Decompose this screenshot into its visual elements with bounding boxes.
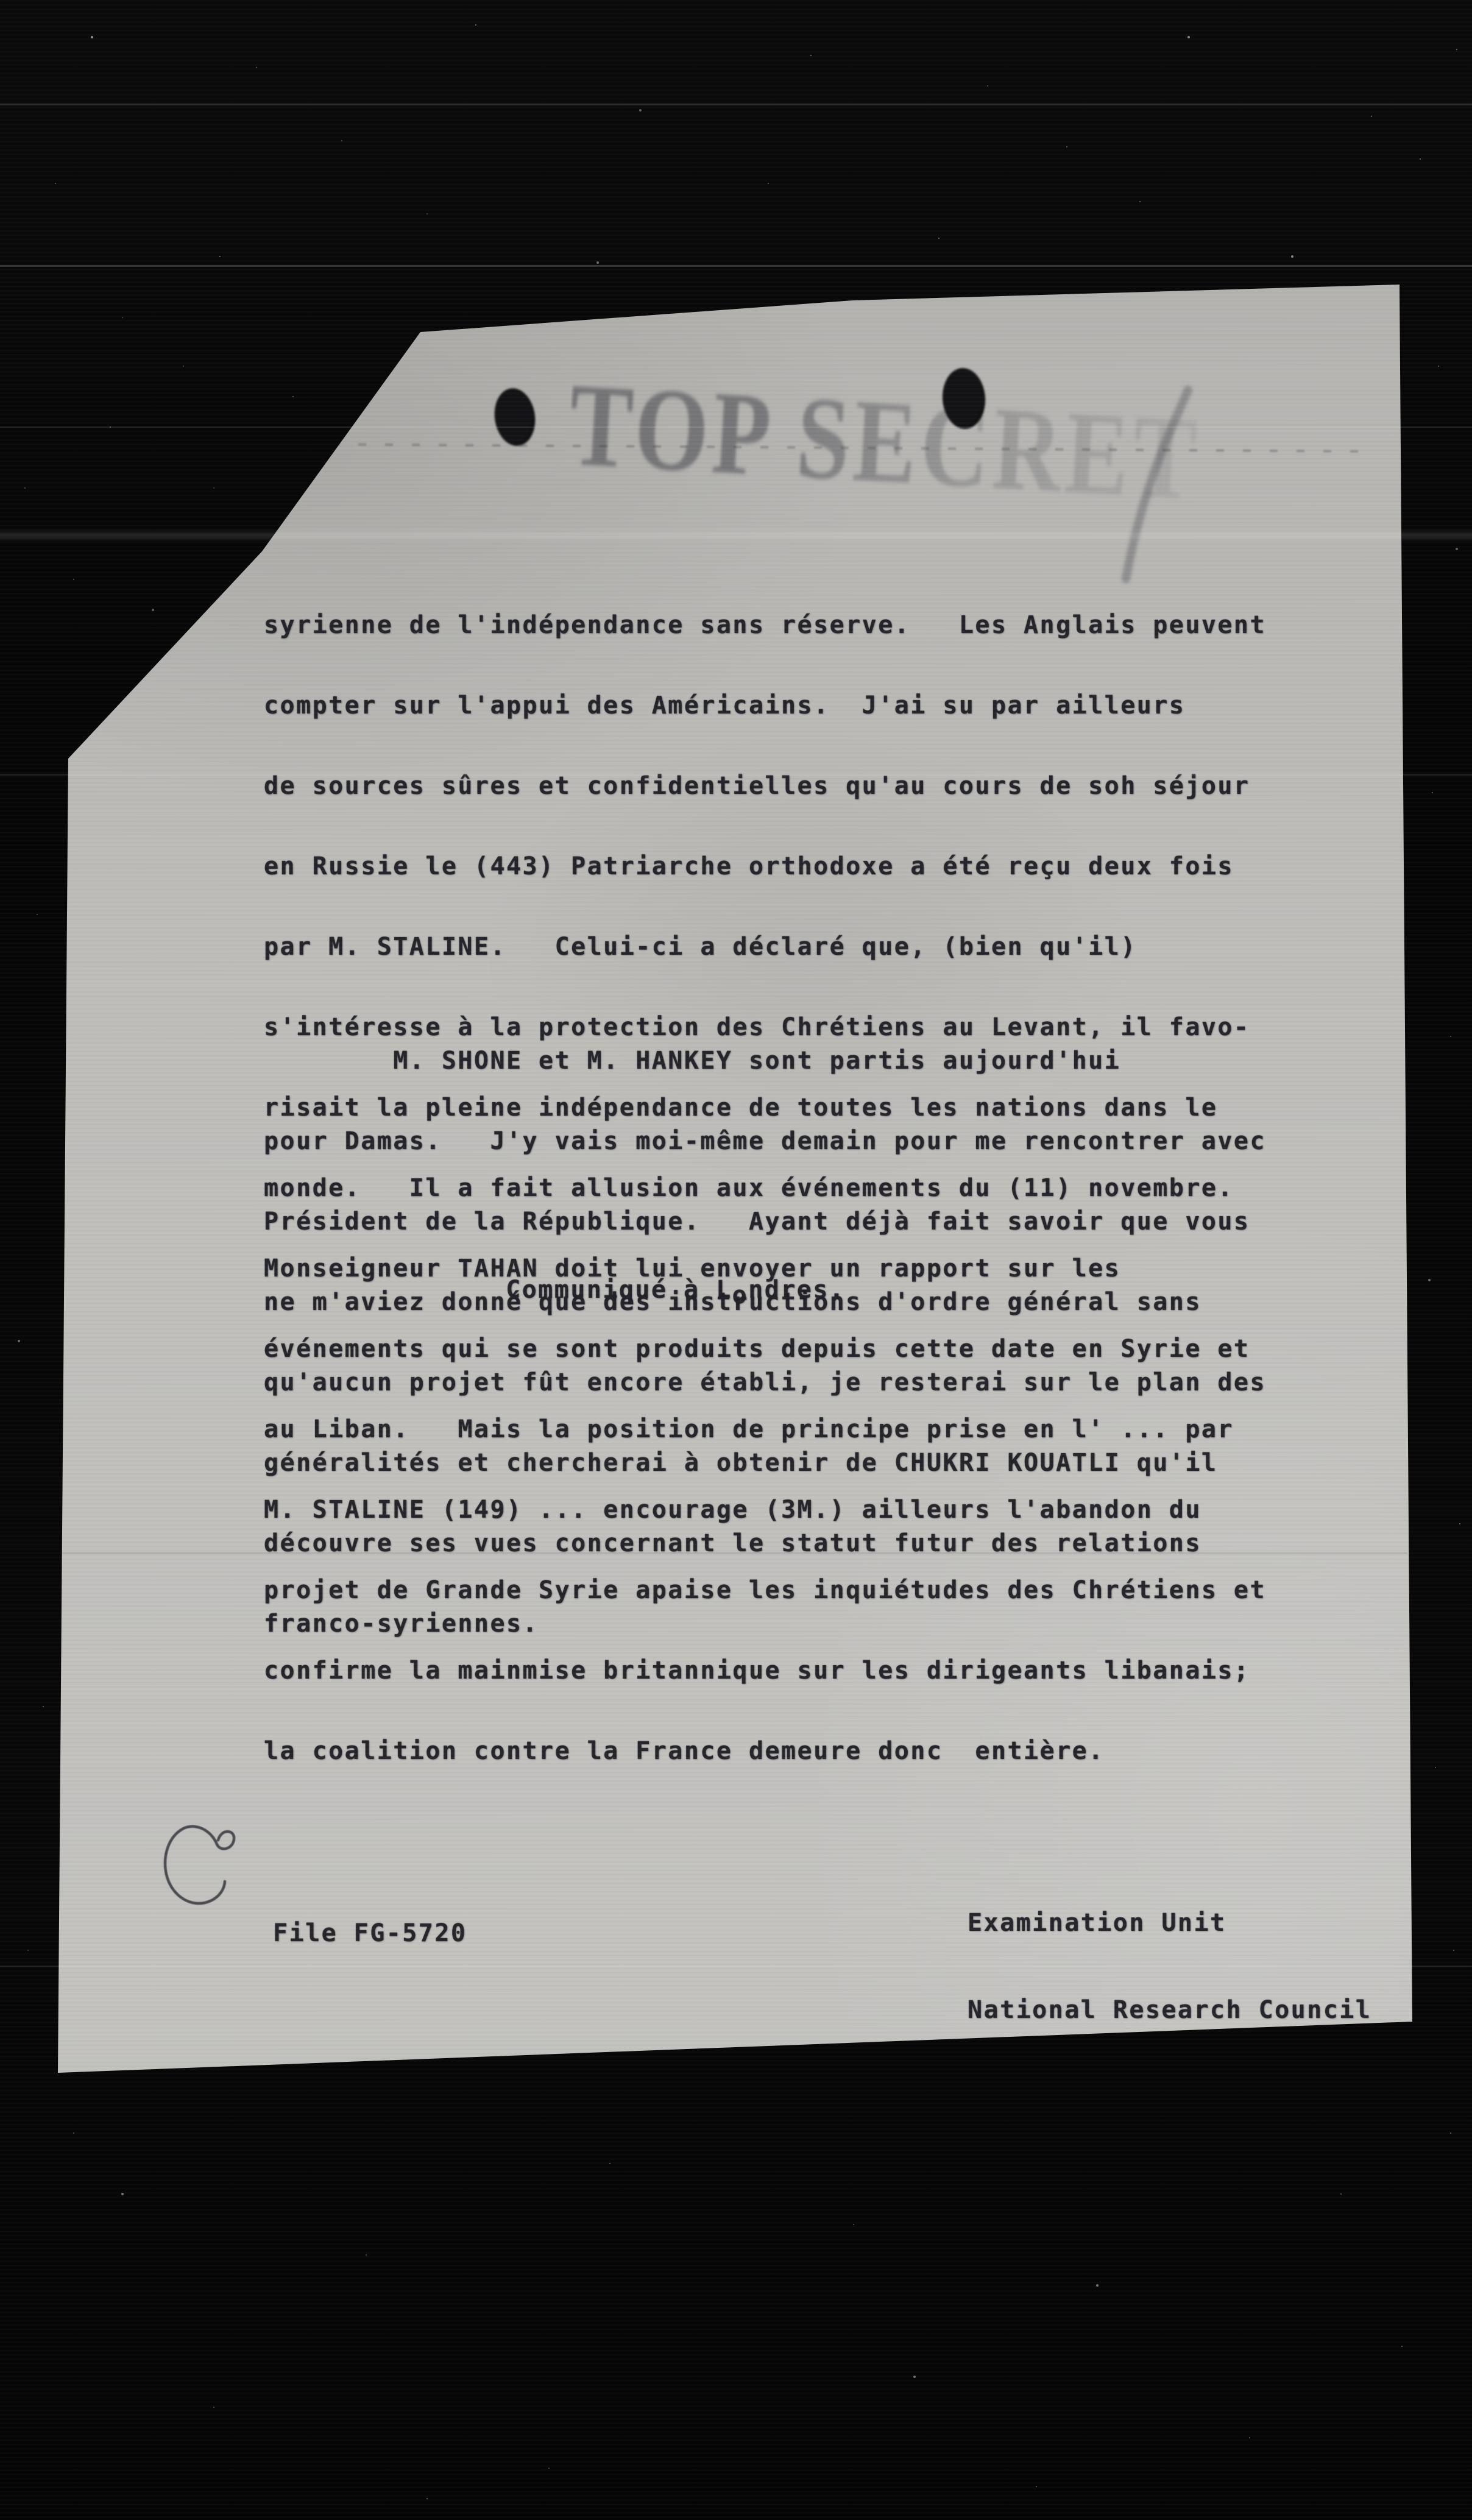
- typed-line: la coalition contre la France demeure do…: [264, 1738, 1266, 1764]
- footer-origin-block: Examination Unit National Research Counc…: [968, 1853, 1371, 2168]
- typed-line: en Russie le (443) Patriarche orthodoxe …: [264, 853, 1266, 880]
- handwritten-c-mark: [161, 1817, 246, 1909]
- typed-line: M. SHONE et M. HANKEY sont partis aujour…: [264, 1047, 1266, 1074]
- film-grain-speckles: [0, 0, 1, 1]
- typed-line: qu'aucun projet fût encore établi, je re…: [264, 1369, 1266, 1396]
- typed-line: généralités et chercherai à obtenir de C…: [264, 1449, 1266, 1476]
- body-paragraph-2: M. SHONE et M. HANKEY sont partis aujour…: [264, 994, 1266, 1691]
- paper-crease-line: [61, 1552, 1407, 1554]
- typed-line: syrienne de l'indépendance sans réserve.…: [264, 612, 1266, 639]
- hole-punch-left: [491, 386, 539, 448]
- typed-line: par M. STALINE. Celui-ci a déclaré que, …: [264, 933, 1266, 960]
- typed-line: de sources sûres et confidentielles qu'a…: [264, 773, 1266, 799]
- scan-streak: [0, 104, 1472, 105]
- paper-sheet: TOP SECRET syrienne de l'indépendance sa…: [0, 0, 1472, 2520]
- footer-unit: Examination Unit: [968, 1906, 1371, 1940]
- footer-organization: National Research Council: [968, 1994, 1371, 2027]
- closing-text-end: ndres.: [748, 1276, 845, 1304]
- file-number: File FG-5720: [273, 1920, 467, 1947]
- typed-line: compter sur l'appui des Américains. J'ai…: [264, 692, 1266, 719]
- closing-text: Communiqué à L: [506, 1276, 732, 1304]
- document-scan: TOP SECRET syrienne de l'indépendance sa…: [0, 0, 1472, 2520]
- footer-date: March 15, 1945: [968, 2081, 1371, 2114]
- typed-line: franco-syriennes.: [264, 1610, 1266, 1637]
- closing-line: Communiqué à Londres.: [409, 1250, 845, 1330]
- typed-line: pour Damas. J'y vais moi-même demain pou…: [264, 1128, 1266, 1155]
- typed-line: Président de la République. Ayant déjà f…: [264, 1208, 1266, 1235]
- closing-subscript-letter: o: [732, 1281, 749, 1309]
- scan-streak: [0, 265, 1472, 267]
